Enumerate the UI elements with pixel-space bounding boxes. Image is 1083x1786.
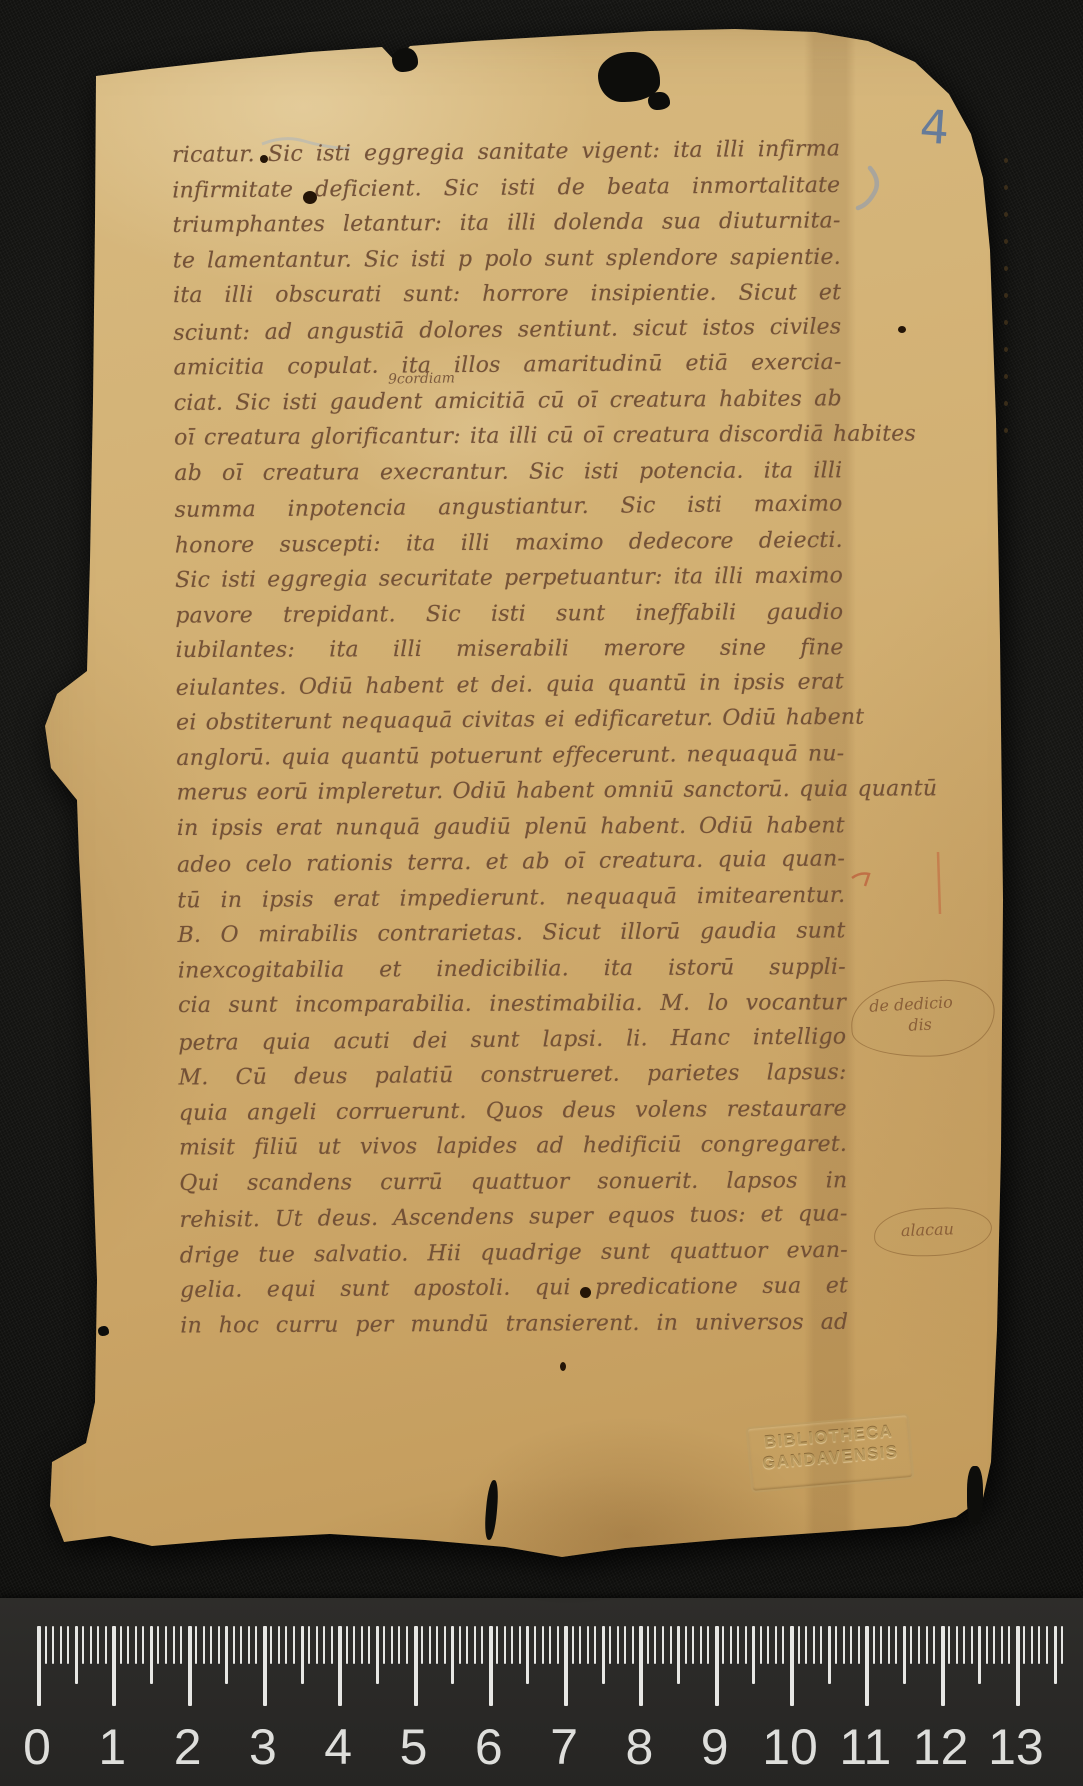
folio-number: 4 xyxy=(918,99,951,155)
manuscript-line: adeo celo rationis terra. et ab oī creat… xyxy=(177,842,845,884)
manuscript-line: inexcogitabilia et inedicibilia. ita ist… xyxy=(178,950,846,989)
manuscript-line: anglorū. quia quantū potuerunt effecerun… xyxy=(176,737,844,777)
stitch-hole xyxy=(1004,185,1008,190)
manuscript-line: cia sunt incomparabilia. inestimabilia. … xyxy=(178,986,846,1024)
manuscript-line: oī creatura glorificantur: ita illi cū o… xyxy=(174,418,842,457)
manuscript-line: B. O mirabilis contrarietas. Sicut illor… xyxy=(177,914,845,954)
manuscript-line: in ipsis erat nunquā gaudiū plenū habent… xyxy=(177,809,845,847)
manuscript-line: eiulantes. Odiū habent et dei. quia quan… xyxy=(176,665,844,707)
photo-canvas: 012345678910111213 ricatur. Sic isti egg… xyxy=(0,0,1083,1786)
manuscript-line: infirmitate deficient. Sic isti de beata… xyxy=(172,168,840,209)
manuscript-line: amicitia copulat. ita illos amaritudinū … xyxy=(173,346,841,387)
manuscript-line: Sic isti eggregia securitate perpetuantu… xyxy=(175,559,843,599)
stitch-hole xyxy=(1004,158,1008,163)
manuscript-line: petra quia acuti dei sunt lapsi. li. Han… xyxy=(178,1020,846,1062)
manuscript-line: in hoc curru per mundū transierent. in u… xyxy=(180,1305,848,1344)
stitch-hole xyxy=(1004,212,1008,217)
manuscript-line: honore suscepti: ita illi maximo dedecor… xyxy=(175,523,843,564)
manuscript-line: misit filiū ut vivos lapides ad hedifici… xyxy=(179,1128,847,1167)
manuscript-line: Qui scandens currū quattuor sonuerit. la… xyxy=(179,1164,847,1202)
manuscript-text-block: ricatur. Sic isti eggregia sanitate vige… xyxy=(172,133,848,1345)
manuscript-line: sciunt: ad angustiā dolores sentiunt. si… xyxy=(173,310,841,352)
stitch-hole xyxy=(1004,428,1008,433)
parchment-hole xyxy=(392,48,418,72)
marginal-note-line: dis xyxy=(908,1011,995,1034)
stitch-hole xyxy=(1004,401,1008,406)
manuscript-line: ei obstiterunt nequaquā civitas ei edifi… xyxy=(176,701,844,742)
manuscript-line: summa inpotencia angustiantur. Sic isti … xyxy=(174,487,842,529)
ink-spot xyxy=(898,326,906,333)
manuscript-line: ricatur. Sic isti eggregia sanitate vige… xyxy=(172,132,840,174)
stitch-hole xyxy=(1004,320,1008,325)
manuscript-line: pavore trepidant. Sic isti sunt ineffabi… xyxy=(175,595,843,634)
manuscript-line: ciat. Sic isti gaudent amicitiā cū oī cr… xyxy=(174,382,842,422)
stitch-hole xyxy=(1004,374,1008,379)
manuscript-line: merus eorū impleretur. Odiū habent omniū… xyxy=(176,773,844,812)
manuscript-line: ita illi obscurati sunt: horrore insipie… xyxy=(173,276,841,314)
manuscript-line: quia angeli corruerunt. Quos deus volens… xyxy=(179,1092,847,1132)
manuscript-line: rehisit. Ut deus. Ascendens super equos … xyxy=(179,1197,847,1239)
stitch-hole xyxy=(1004,347,1008,352)
manuscript-line: ab oī creatura execrantur. Sic isti pote… xyxy=(174,454,842,492)
interlinear-gloss: 9cordiam xyxy=(388,370,455,387)
manuscript-line: tū in ipsis erat impedierunt. nequaquā i… xyxy=(177,878,845,919)
ink-spot xyxy=(560,1362,566,1371)
stitch-hole xyxy=(1004,293,1008,298)
stitch-hole xyxy=(1004,239,1008,244)
manuscript-line: gelia. equi sunt apostoli. qui predicati… xyxy=(180,1269,848,1309)
parchment-hole xyxy=(98,1326,109,1336)
manuscript-line: triumphantes letantur: ita illi dolenda … xyxy=(172,204,840,244)
parchment-hole xyxy=(648,92,670,110)
stitch-hole xyxy=(1004,266,1008,271)
marginal-note-line: alacau xyxy=(901,1218,992,1240)
manuscript-line: iubilantes: ita illi miserabili merore s… xyxy=(176,631,844,669)
manuscript-line: drige tue salvatio. Hii quadrige sunt qu… xyxy=(180,1233,848,1274)
manuscript-line: M. Cū deus palatiū construeret. parietes… xyxy=(178,1056,846,1097)
parchment-tear xyxy=(967,1466,983,1524)
manuscript-line: te lamentantur. Sic isti p polo sunt spl… xyxy=(173,240,841,279)
